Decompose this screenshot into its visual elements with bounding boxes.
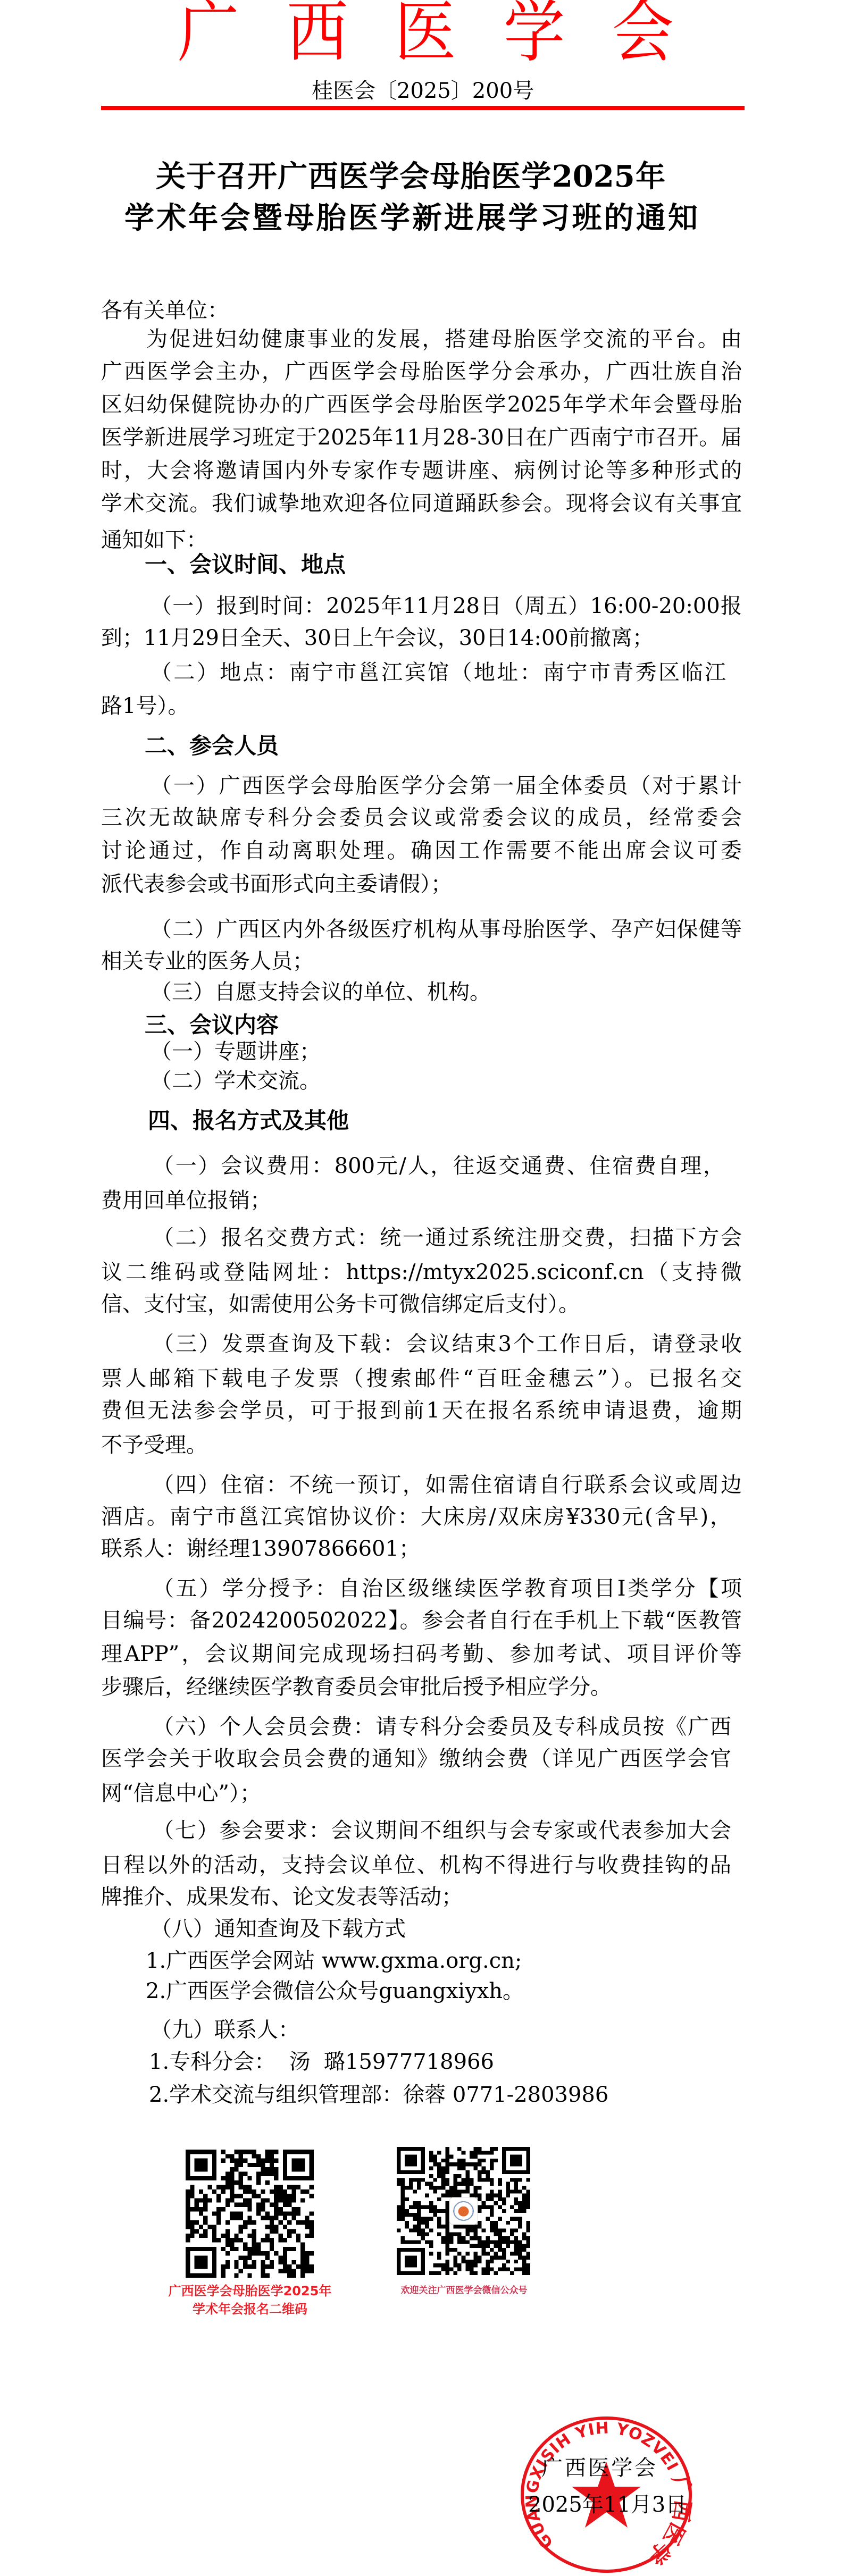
- paragraph-line: （二）报名交费方式：统一通过系统注册交费，扫描下方会: [153, 1224, 742, 1252]
- masthead-char: 广: [178, 0, 236, 72]
- paragraph-line: 理APP”，会议期间完成现场扫码考勤、参加考试、项目评价等: [101, 1640, 742, 1668]
- paragraph-line: （二）学术交流。: [151, 1067, 321, 1095]
- paragraph-line: （一）广西医学会母胎医学分会第一届全体委员（对于累计: [151, 772, 742, 800]
- paragraph-line: 网“信息中心”）；: [101, 1780, 261, 1807]
- paragraph-line: （二）广西区内外各级医疗机构从事母胎医学、孕产妇保健等: [151, 916, 742, 943]
- signature-organization: 广西医学会: [541, 2455, 656, 2481]
- section-heading-4: 四、报名方式及其他: [148, 1107, 349, 1135]
- paragraph-line: 不予受理。: [101, 1431, 207, 1459]
- qr-code-icon: [186, 2150, 314, 2278]
- paragraph-line: 信、支付宝，如需使用公务卡可微信绑定后支付）。: [101, 1290, 580, 1318]
- hotel-contact-line: 联系人：谢经理13907866601；: [101, 1535, 420, 1563]
- paragraph-line: 通知如下：: [101, 526, 207, 554]
- website-link[interactable]: 1.广西医学会网站 www.gxma.org.cn;: [146, 1947, 522, 1975]
- paragraph-line: （一）报到时间：2025年11月28日（周五）16:00-20:00报: [151, 592, 742, 620]
- paragraph-line: 票人邮箱下载电子发票（搜索邮件“百旺金穗云”）。已报名交: [101, 1365, 742, 1392]
- paragraph-line: 步骤后，经继续医学教育委员会审批后授予相应学分。: [101, 1673, 612, 1701]
- paragraph-line: 牌推介、成果发布、论文发表等活动；: [101, 1883, 463, 1911]
- paragraph-line: （八）通知查询及下载方式: [151, 1915, 406, 1943]
- paragraph-line: 路1号）。: [101, 692, 189, 720]
- caption-line: 学术年会报名二维码: [160, 2300, 340, 2318]
- qr-code-icon: [397, 2147, 530, 2275]
- signature-date: 2025年11月3日: [528, 2491, 667, 2518]
- paragraph-line: 三次无故缺席专科分会委员会议或常委会议的成员，经常委会: [101, 804, 742, 832]
- red-divider: [101, 106, 745, 110]
- contact-line: 1.专科分会： 汤 璐15977718966: [149, 2048, 494, 2076]
- registration-qr-code[interactable]: [186, 2150, 314, 2278]
- paragraph-line: 区妇幼保健院协办的广西医学会母胎医学2025年学术年会暨母胎: [101, 391, 742, 418]
- paragraph-line: 医学会关于收取会员会费的通知》缴纳会费（详见广西医学会官: [101, 1745, 731, 1773]
- paragraph-line: 讨论通过，作自动离职处理。确因工作需要不能出席会议可委: [101, 837, 742, 865]
- section-heading-2: 二、参会人员: [145, 732, 279, 760]
- document-title-line-1: 关于召开广西医学会母胎医学2025年: [156, 160, 665, 194]
- paragraph-line: （三）自愿支持会议的单位、机构。: [151, 978, 491, 1006]
- paragraph-line: （六）个人会员会费：请专科分会委员及专科成员按《广西: [153, 1713, 731, 1741]
- salutation: 各有关单位：: [101, 297, 229, 324]
- paragraph-line: （一）专题讲座；: [151, 1038, 321, 1065]
- contact-line: 2.学术交流与组织管理部：徐蓉 0771-2803986: [149, 2081, 608, 2109]
- paragraph-line: 医学新进展学习班定于2025年11月28-30日在广西南宁市召开。届: [101, 424, 742, 451]
- caption-line: 广西医学会母胎医学2025年: [160, 2282, 340, 2300]
- wechat-qr-code[interactable]: [397, 2147, 530, 2275]
- masthead-char: 西: [287, 0, 345, 72]
- paragraph-line: （九）联系人：: [151, 2016, 299, 2044]
- paragraph-line: 广西医学会主办，广西医学会母胎医学分会承办，广西壮族自治: [101, 358, 742, 385]
- masthead-char: 会: [612, 0, 671, 72]
- paragraph-line: 学术交流。我们诚挚地欢迎各位同道踊跃参会。现将会议有关事宜: [101, 490, 742, 517]
- paragraph-line: （五）学分授予：自治区级继续医学教育项目I类学分【项: [153, 1575, 742, 1602]
- paragraph-line: 相关专业的医务人员；: [101, 947, 314, 975]
- paragraph-line: （二）地点：南宁市邕江宾馆（地址：南宁市青秀区临江: [151, 659, 726, 686]
- paragraph-line: 日程以外的活动，支持会议单位、机构不得进行与收费挂钩的品: [101, 1851, 731, 1879]
- masthead: 广 西 医 学 会 桂医会〔2025〕200号: [0, 0, 844, 114]
- registration-url-line: 议二维码或登陆网址：https://mtyx2025.sciconf.cn（支持…: [101, 1258, 742, 1286]
- wechat-account-line: 2.广西医学会微信公众号guangxiyxh。: [146, 1977, 524, 2005]
- paragraph-line: （一）会议费用：800元/人，往返交通费、住宿费自理，: [153, 1152, 724, 1180]
- paragraph-line: 为促进妇幼健康事业的发展，搭建母胎医学交流的平台。由: [146, 325, 742, 353]
- paragraph-line: 到；11月29日全天、30日上午会议，30日14:00前撤离；: [101, 624, 654, 652]
- paragraph-line: （四）住宿：不统一预订，如需住宿请自行联系会议或周边: [153, 1471, 742, 1499]
- paragraph-line: （三）发票查询及下载：会议结束3个工作日后，请登录收: [153, 1330, 742, 1358]
- document-title-line-2: 学术年会暨母胎医学新进展学习班的通知: [124, 201, 698, 235]
- paragraph-line: 时，大会将邀请国内外专家作专题讲座、病例讨论等多种形式的: [101, 457, 742, 484]
- masthead-char: 医: [395, 0, 453, 72]
- document-number: 桂医会〔2025〕200号: [312, 78, 525, 104]
- paragraph-line: 费用回单位报销；: [101, 1187, 271, 1214]
- paragraph-line: 派代表参会或书面形式向主委请假）；: [101, 870, 452, 898]
- paragraph-line: 酒店。南宁市邕江宾馆协议价：大床房/双床房¥330元(含早)，: [101, 1503, 731, 1531]
- wechat-qr-caption: 欢迎关注广西医学会微信公众号: [394, 2284, 534, 2297]
- paragraph-line: 目编号：备2024200502022】。参会者自行在手机上下载“医教管: [101, 1607, 742, 1634]
- section-heading-3: 三、会议内容: [145, 1011, 279, 1039]
- paragraph-line: 费但无法参会学员，可于报到前1天在报名系统申请退费，逾期: [101, 1397, 742, 1424]
- section-heading-1: 一、会议时间、地点: [145, 551, 346, 578]
- masthead-char: 学: [504, 0, 562, 72]
- registration-qr-caption: 广西医学会母胎医学2025年 学术年会报名二维码: [160, 2282, 340, 2318]
- paragraph-line: （七）参会要求：会议期间不组织与会专家或代表参加大会: [153, 1817, 731, 1844]
